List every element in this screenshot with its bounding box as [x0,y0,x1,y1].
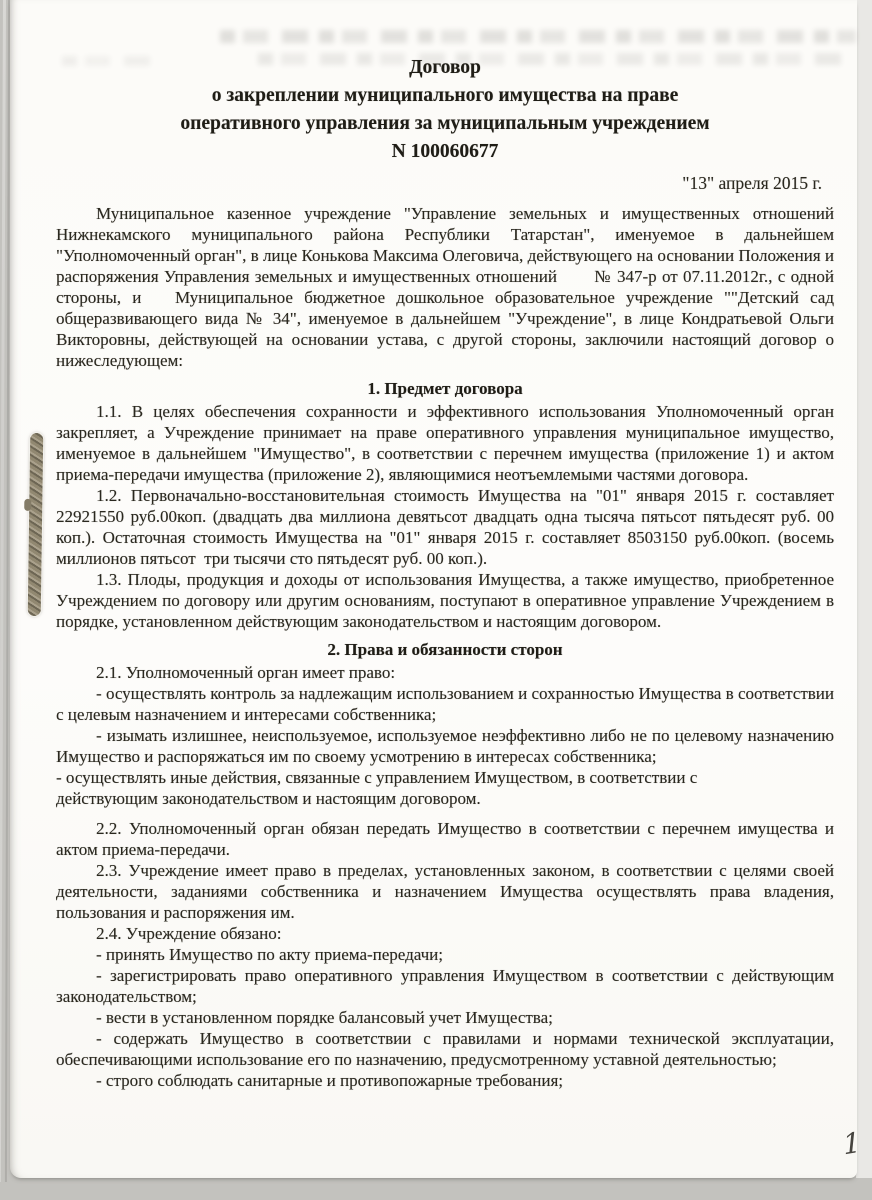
clause-2-1-item: - осуществлять контроль за надлежащим ис… [56,683,834,725]
clause-2-3: 2.3. Учреждение имеет право в пределах, … [56,860,834,923]
document-title: Договор о закреплении муниципального иму… [56,54,834,166]
title-line-3: оперативного управления за муниципальным… [56,110,834,138]
scan-right-margin [856,0,872,1178]
document-date: "13" апреля 2015 г. [56,173,834,194]
clause-2-4-item: - зарегистрировать право оперативного уп… [56,965,834,1007]
clause-2-1: 2.1. Уполномоченный орган имеет право: [56,662,834,683]
clause-2-4-item: - строго соблюдать санитарные и противоп… [56,1070,834,1091]
document-scan: Договор о закреплении муниципального иму… [0,0,872,1200]
clause-2-2: 2.2. Уполномоченный орган обязан передат… [56,818,834,860]
clause-2-1-item: - осуществлять иные действия, связанные … [56,767,834,788]
preamble-paragraph: Муниципальное казенное учреждение "Управ… [56,203,834,371]
clause-1-1: 1.1. В целях обеспечения сохранности и э… [56,401,834,485]
title-line-2: о закреплении муниципального имущества н… [56,82,834,110]
clause-2-4-item: - вести в установленном порядке балансов… [56,1007,834,1028]
section-1-heading: 1. Предмет договора [56,378,834,399]
handwritten-page-number: 1 [842,1129,862,1160]
clause-1-3: 1.3. Плоды, продукция и доходы от исполь… [56,569,834,632]
clause-2-4: 2.4. Учреждение обязано: [56,923,834,944]
clause-2-4-item: - содержать Имущество в соответствии с п… [56,1028,834,1070]
document-page: Договор о закреплении муниципального иму… [10,0,857,1178]
contract-number: N 100060677 [56,138,834,166]
clause-2-1-item-continued: действующим законодательством и настоящи… [56,788,834,809]
title-line-1: Договор [56,54,834,82]
section-2-heading: 2. Права и обязанности сторон [56,639,834,660]
clause-2-4-item: - принять Имущество по акту приема-перед… [56,944,834,965]
binding-thread-mark [28,433,44,616]
document-content: Договор о закреплении муниципального иму… [56,0,834,1091]
clause-1-2: 1.2. Первоначально-восстановительная сто… [56,485,834,569]
clause-2-1-item: - изымать излишнее, неиспользуемое, испо… [56,725,834,767]
